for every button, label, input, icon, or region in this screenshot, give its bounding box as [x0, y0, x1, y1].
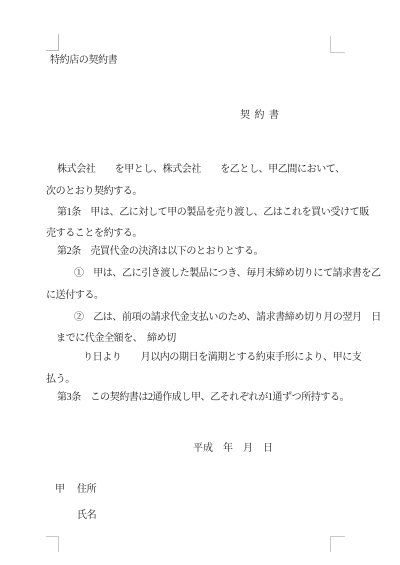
contract-line-article-3: 第3条 この契約書は2通作成し甲、乙それぞれが1通ずつ所持する。	[57, 391, 349, 404]
crop-mark-top-left	[46, 34, 59, 51]
contract-line: り日より 月以内の期日を満期とする約束手形により、甲に支	[83, 351, 361, 364]
crop-mark-bottom-left	[46, 536, 59, 552]
signature-address-label: 住所	[77, 483, 96, 496]
contract-line: 株式会社 を甲とし、株式会社 を乙とし、甲乙間において、	[57, 163, 345, 176]
contract-line: に送付する。	[46, 289, 104, 302]
signature-party-label: 甲	[55, 483, 65, 496]
date-line: 平成 年 月 日	[193, 442, 273, 455]
contract-line: までに代金全額を、 締め切	[56, 332, 176, 345]
contract-line: 売することを約する。	[46, 227, 142, 240]
document-header-title: 特約店の契約書	[50, 54, 117, 67]
crop-mark-bottom-right	[330, 536, 345, 552]
contract-line-item-1: ① 甲は、乙に引き渡した製品につき、毎月末締め切りにて請求書を乙	[74, 267, 381, 280]
contract-line-article-2: 第2条 売買代金の決済は以下のとおりとする。	[57, 245, 263, 258]
signature-name-label: 氏名	[77, 509, 96, 522]
contract-line: 払う。	[46, 373, 75, 386]
contract-line-item-2: ② 乙は、前項の請求代金支払いのため、請求書締め切り月の翌月 日	[74, 311, 381, 324]
contract-line: 次のとおり契約する。	[46, 185, 142, 198]
contract-title: 契 約 書	[240, 109, 280, 122]
crop-mark-top-right	[330, 36, 345, 53]
contract-line-article-1: 第1条 甲は、乙に対して甲の製品を売り渡し、乙はこれを買い受けて販	[57, 206, 369, 219]
contract-document-page: 特約店の契約書 契 約 書 株式会社 を甲とし、株式会社 を乙とし、甲乙間におい…	[0, 0, 400, 565]
